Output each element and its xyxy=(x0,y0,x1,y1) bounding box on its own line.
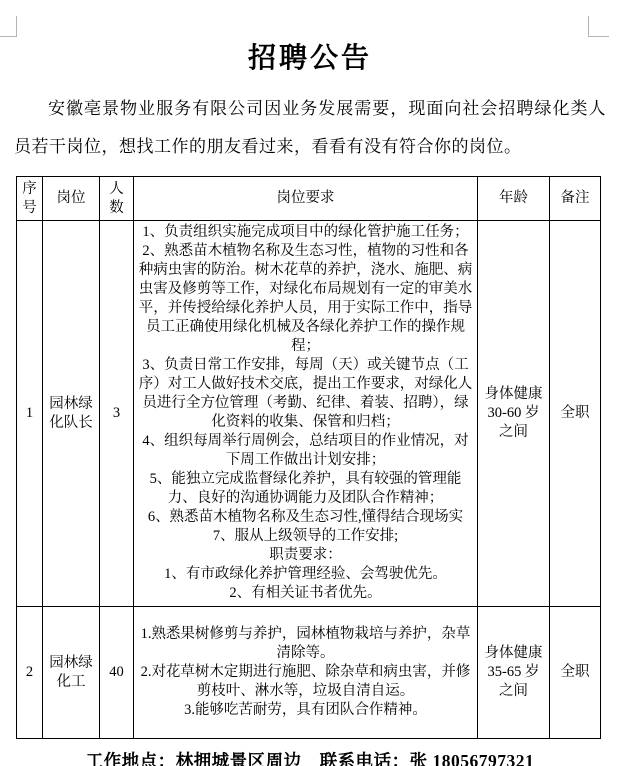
cell-age: 身体健康 35-65 岁 之间 xyxy=(478,607,550,739)
cell-position: 园林绿化队长 xyxy=(43,221,100,607)
header-requirements: 岗位要求 xyxy=(134,177,478,221)
table-row: 2 园林绿化工 40 1.熟悉果树修剪与养护，园林植物栽培与养护，杂草清除等。 … xyxy=(17,607,601,739)
phone-value: 张 18056797321 xyxy=(410,751,535,766)
document-page: 招聘公告 安徽亳景物业服务有限公司因业务发展需要，现面向社会招聘绿化类人员若干岗… xyxy=(0,0,620,766)
table-row: 1 园林绿化队长 3 1、负责组织实施完成项目中的绿化管护施工任务； 2、熟悉苗… xyxy=(17,221,601,607)
cell-remarks: 全职 xyxy=(550,607,601,739)
cell-position: 园林绿化工 xyxy=(43,607,100,739)
phone-label: 联系电话： xyxy=(320,751,410,766)
work-location-label: 工作地点： xyxy=(86,751,176,766)
header-age: 年龄 xyxy=(478,177,550,221)
cell-age: 身体健康 30-60 岁 之间 xyxy=(478,221,550,607)
cell-headcount: 40 xyxy=(100,607,134,739)
margin-mark-top-right-icon xyxy=(588,16,609,37)
header-headcount: 人 数 xyxy=(100,177,134,221)
jobs-table: 序 号 岗位 人 数 岗位要求 年龄 备注 1 园林绿化队长 3 1、负责组织实… xyxy=(16,176,601,739)
cell-headcount: 3 xyxy=(100,221,134,607)
table-header-row: 序 号 岗位 人 数 岗位要求 年龄 备注 xyxy=(17,177,601,221)
cell-serial-number: 2 xyxy=(17,607,43,739)
page-title: 招聘公告 xyxy=(0,41,620,75)
header-remarks: 备注 xyxy=(550,177,601,221)
margin-mark-top-left-icon xyxy=(0,16,17,37)
cell-remarks: 全职 xyxy=(550,221,601,607)
cell-serial-number: 1 xyxy=(17,221,43,607)
cell-requirements: 1、负责组织实施完成项目中的绿化管护施工任务； 2、熟悉苗木植物名称及生态习性，… xyxy=(134,221,478,607)
cell-requirements: 1.熟悉果树修剪与养护，园林植物栽培与养护，杂草清除等。 2.对花草树木定期进行… xyxy=(134,607,478,739)
footer-contact-line: 工作地点：林拥城景区周边联系电话：张 18056797321 xyxy=(0,748,620,766)
header-serial-number: 序 号 xyxy=(17,177,43,221)
work-location-value: 林拥城景区周边 xyxy=(176,751,302,766)
header-position: 岗位 xyxy=(43,177,100,221)
intro-paragraph: 安徽亳景物业服务有限公司因业务发展需要，现面向社会招聘绿化类人员若干岗位，想找工… xyxy=(14,90,606,166)
